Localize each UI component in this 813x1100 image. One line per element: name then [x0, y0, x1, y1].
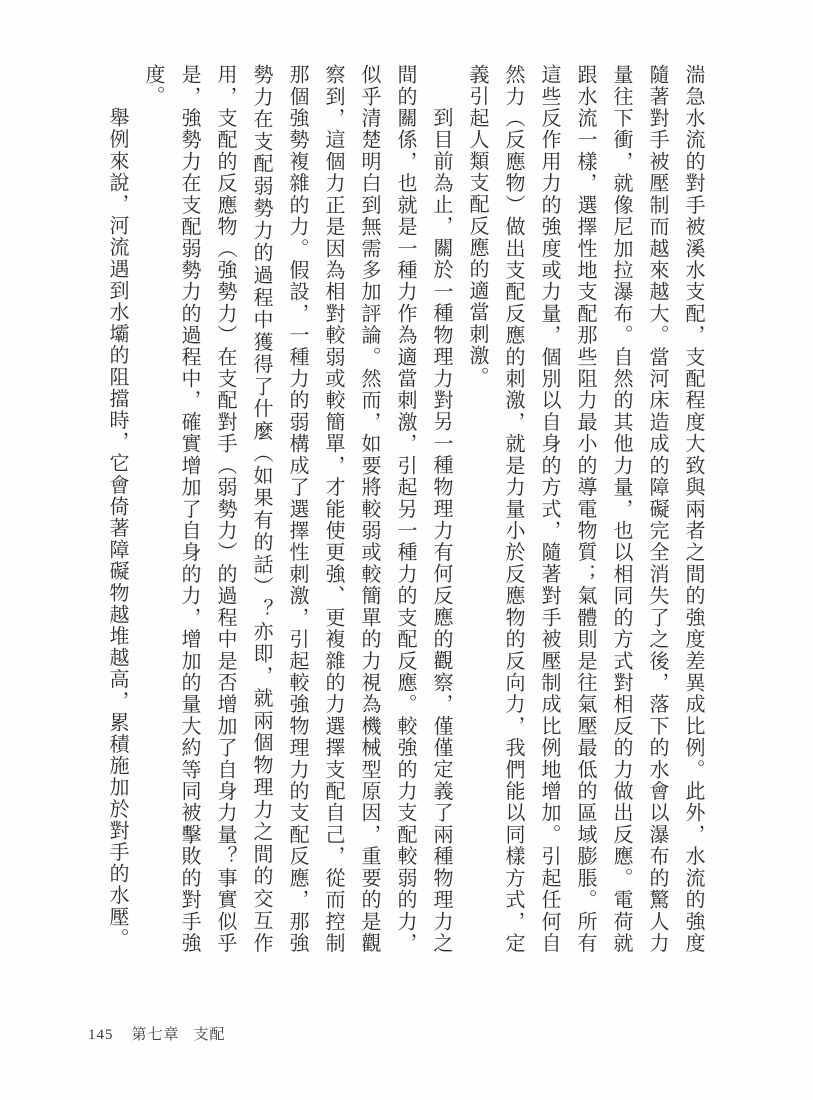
body-text: 湍急水流的對手被溪水支配，支配程度大致與兩者之間的強度差異成比例。此外，水流的強… — [99, 64, 711, 954]
page-footer: 145第七章支配 — [88, 1023, 226, 1044]
paragraph-2: 到目前為止，關於一種物理力對另一種物理力有何反應的觀察，僅僅定義了兩種物理力之間… — [135, 64, 459, 954]
paragraph-3: 舉例來說，河流遇到水壩的阻擋時，它會倚著障礙物越堆越高，累積施加於對手的水壓。 — [99, 64, 135, 954]
chapter-title: 支配 — [194, 1027, 226, 1043]
page-number: 145 — [88, 1027, 114, 1043]
paragraph-1: 湍急水流的對手被溪水支配，支配程度大致與兩者之間的強度差異成比例。此外，水流的強… — [459, 64, 711, 954]
chapter-label: 第七章 — [132, 1027, 180, 1043]
book-page: 湍急水流的對手被溪水支配，支配程度大致與兩者之間的強度差異成比例。此外，水流的強… — [0, 0, 813, 1100]
